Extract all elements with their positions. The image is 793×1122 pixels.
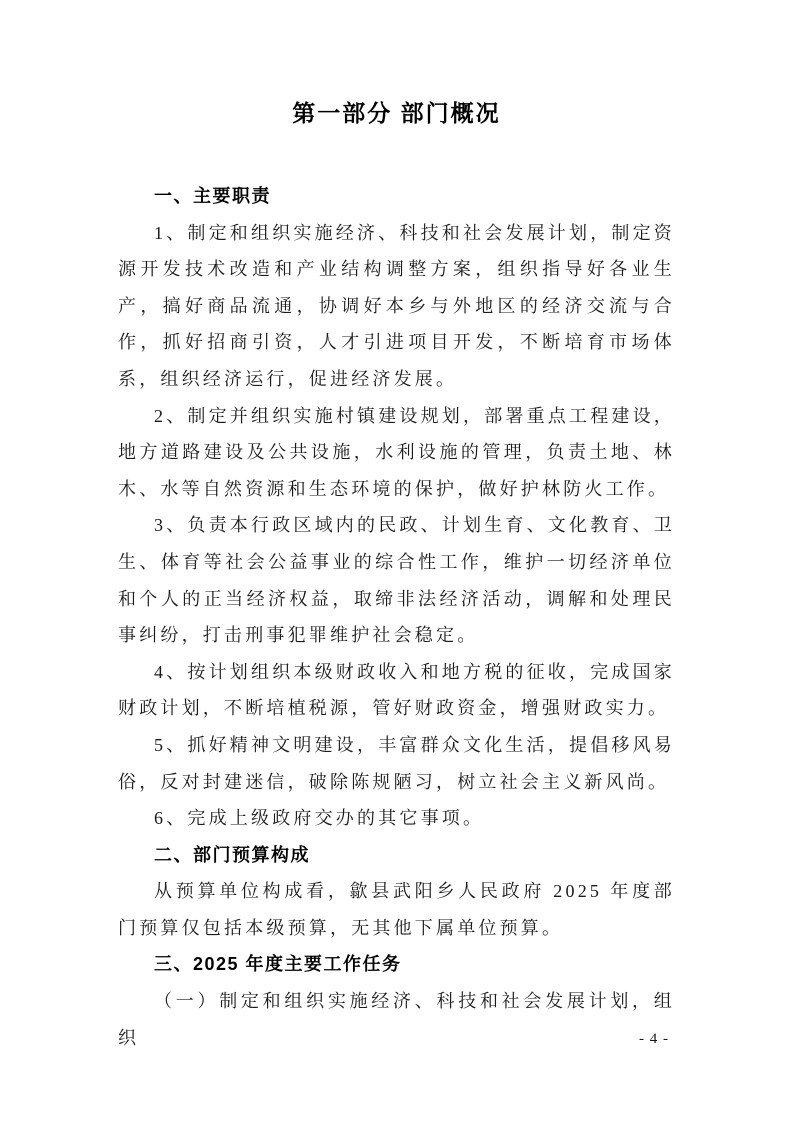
- paragraph-duty-3: 3、负责本行政区域内的民政、计划生育、文化教育、卫生、体育等社会公益事业的综合性…: [118, 507, 675, 653]
- paragraph-duty-1: 1、制定和组织实施经济、科技和社会发展计划，制定资源开发技术改造和产业结构调整方…: [118, 215, 675, 398]
- page-number: - 4 -: [639, 1031, 669, 1048]
- paragraph-task-1: （一）制定和组织实施经济、科技和社会发展计划，组织: [118, 983, 675, 1056]
- paragraph-duty-6: 6、完成上级政府交办的其它事项。: [118, 800, 675, 837]
- document-page: 第一部分 部门概况 一、主要职责 1、制定和组织实施经济、科技和社会发展计划，制…: [0, 0, 793, 1122]
- paragraph-budget-composition: 从预算单位构成看，歙县武阳乡人民政府 2025 年度部门预算仅包括本级预算，无其…: [118, 873, 675, 946]
- document-title: 第一部分 部门概况: [118, 96, 675, 130]
- section-heading-budget-composition: 二、部门预算构成: [118, 837, 675, 874]
- paragraph-duty-5: 5、抓好精神文明建设，丰富群众文化生活，提倡移风易俗，反对封建迷信，破除陈规陋习…: [118, 727, 675, 800]
- section-heading-2025-tasks: 三、2025 年度主要工作任务: [118, 946, 675, 983]
- paragraph-duty-4: 4、按计划组织本级财政收入和地方税的征收，完成国家财政计划，不断培植税源，管好财…: [118, 654, 675, 727]
- paragraph-duty-2: 2、制定并组织实施村镇建设规划，部署重点工程建设，地方道路建设及公共设施，水利设…: [118, 398, 675, 508]
- section-heading-main-duties: 一、主要职责: [118, 178, 675, 215]
